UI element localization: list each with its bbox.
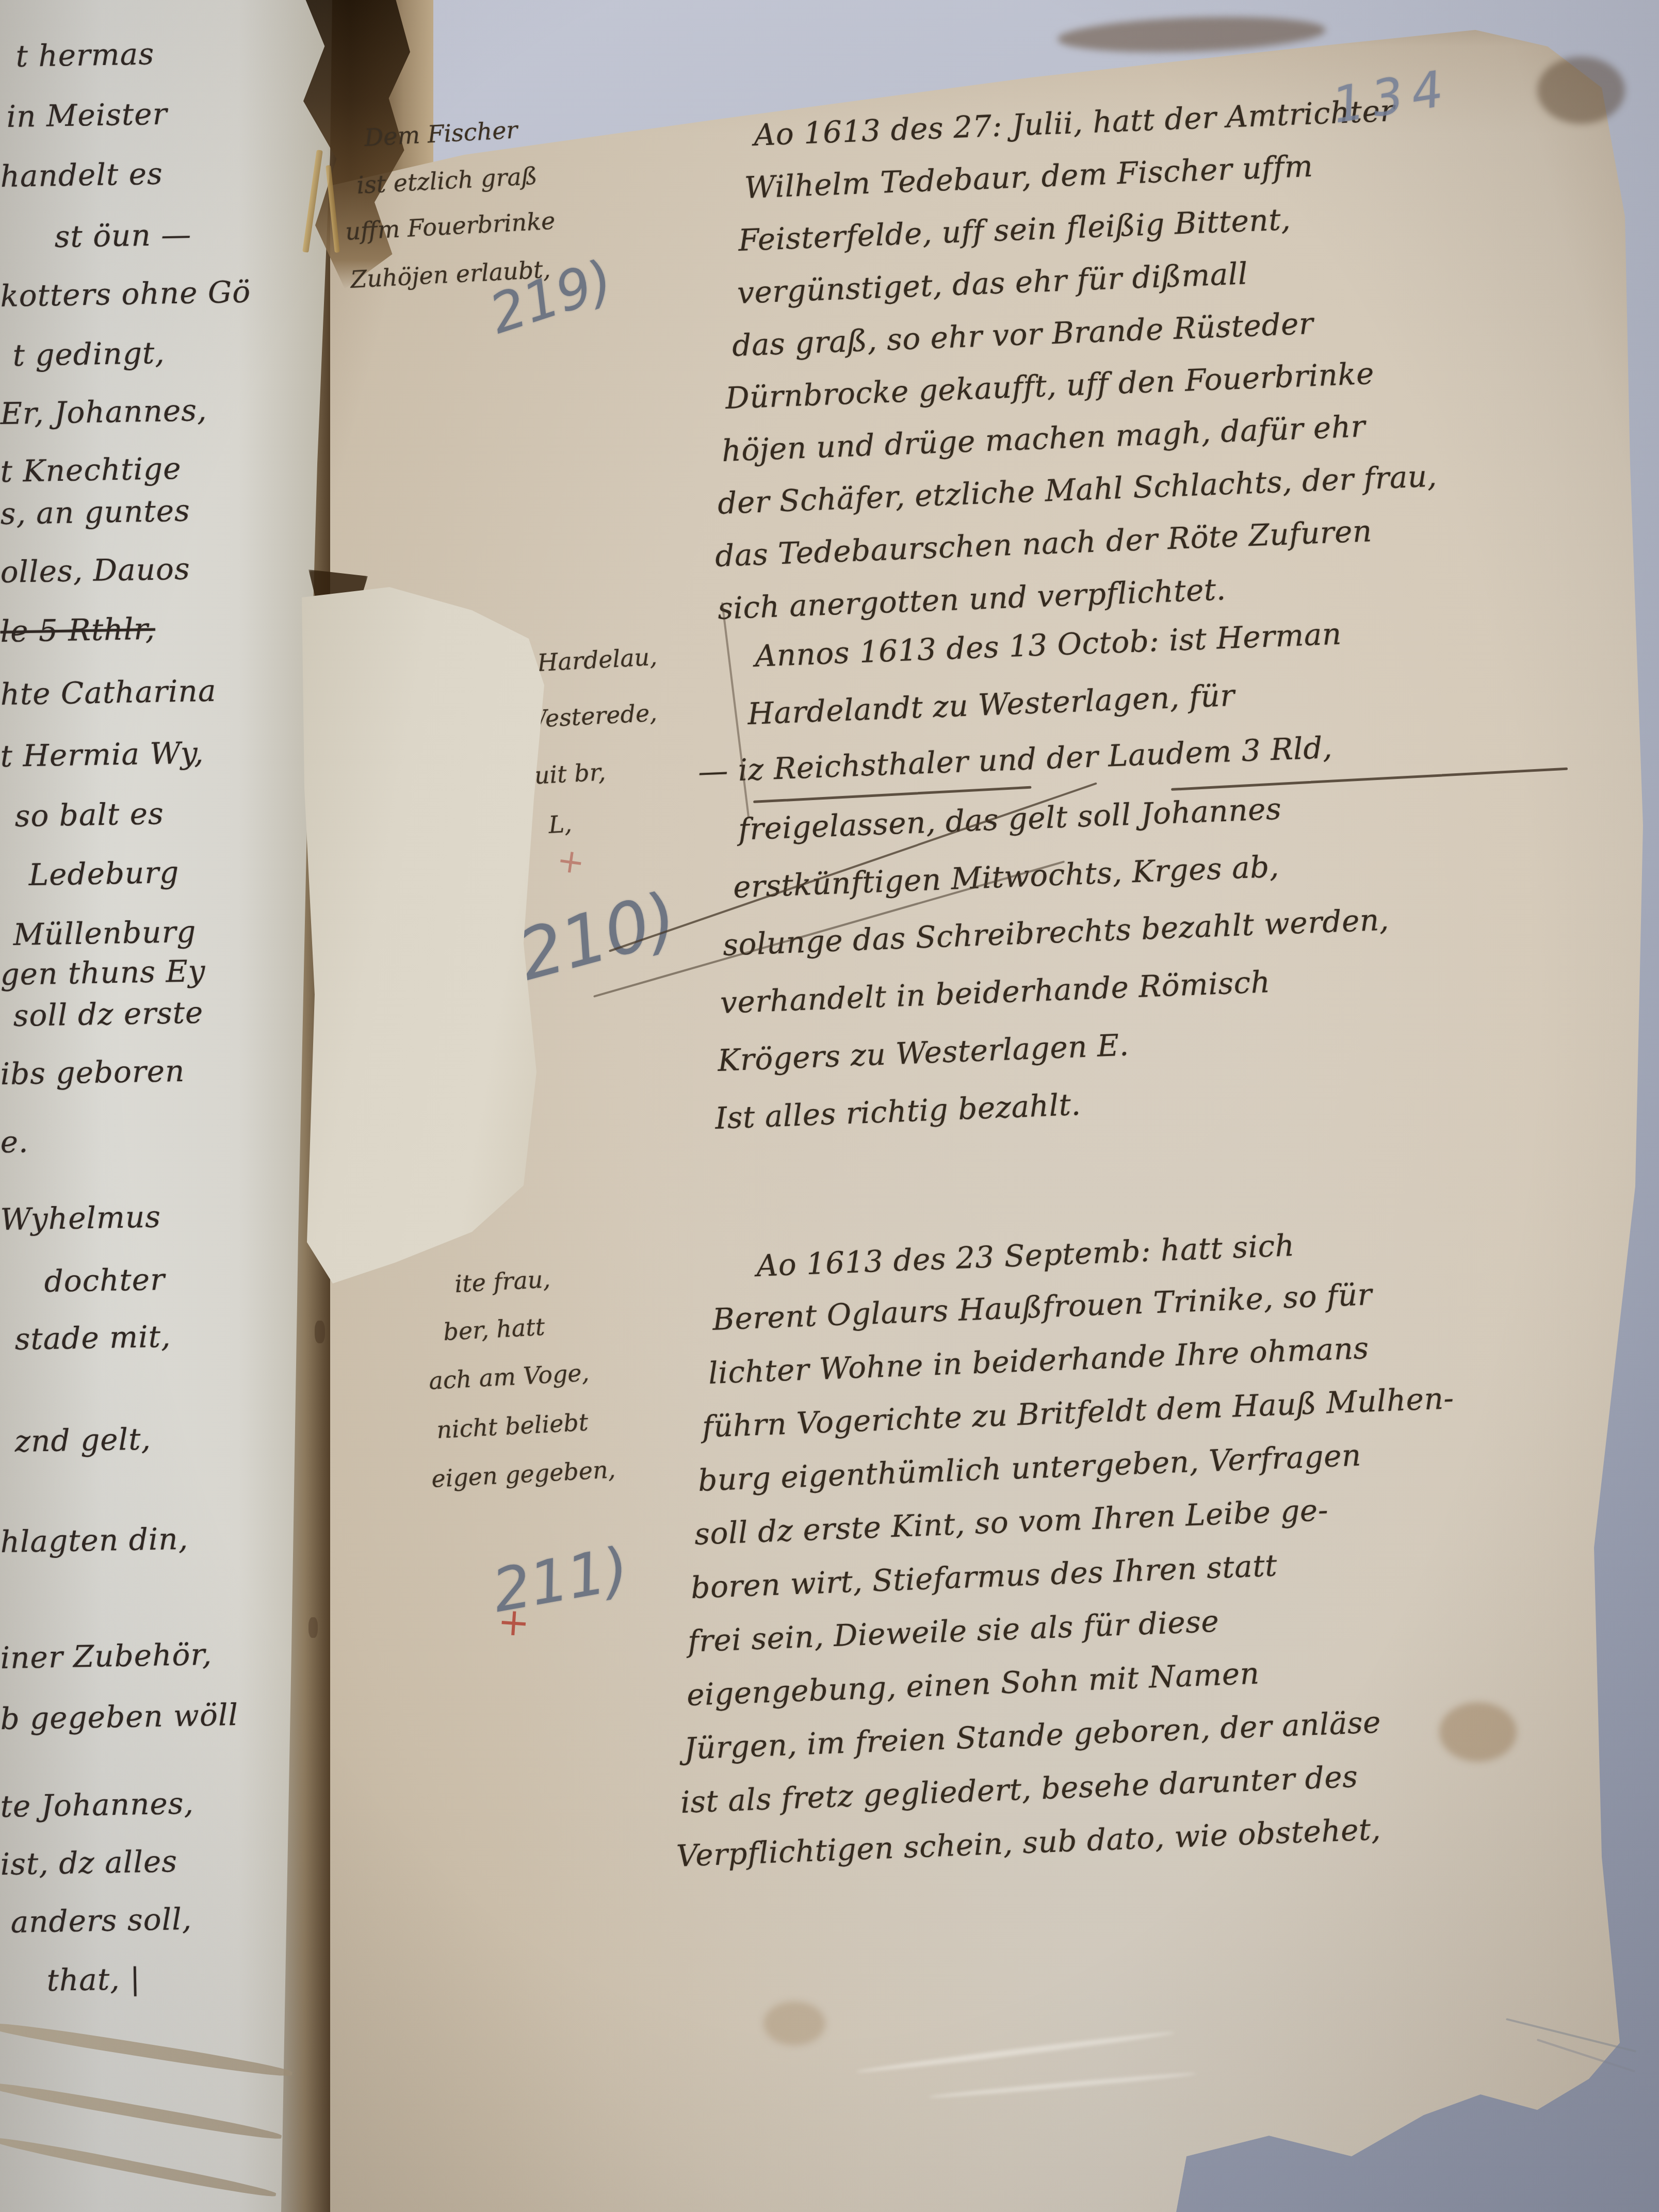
manuscript-line: that, |: [46, 1961, 141, 1998]
paper-stain: [1439, 1702, 1517, 1762]
manuscript-line: znd gelt,: [14, 1421, 151, 1459]
paper-stain: [1537, 57, 1625, 124]
margin-note-line: ite frau,: [454, 1265, 551, 1298]
manuscript-line: so balt es: [14, 796, 164, 834]
manuscript-line: stade mit,: [14, 1319, 171, 1357]
manuscript-line: s, an guntes: [0, 493, 190, 531]
manuscript-line: t Knechtige: [0, 451, 182, 489]
manuscript-line: Ledeburg: [28, 855, 180, 892]
red-cross-mark: +: [496, 1599, 531, 1646]
manuscript-line: olles, Dauos: [0, 551, 190, 590]
manuscript-line: in Meister: [6, 96, 168, 134]
manuscript-line: Wyhelmus: [0, 1199, 161, 1237]
manuscript-line: Er, Johannes,: [0, 393, 207, 431]
manuscript-line: b gegeben wöll: [0, 1697, 239, 1736]
manuscript-line: iner Zubehör,: [0, 1637, 213, 1676]
manuscript-line: Müllenburg: [13, 914, 197, 952]
manuscript-line: hte Catharina: [0, 673, 217, 712]
manuscript-line: soll dz erste: [13, 995, 204, 1033]
manuscript-line: hlagten din,: [0, 1521, 189, 1559]
manuscript-line: ist, dz alles: [0, 1844, 178, 1882]
manuscript-line: t Hermia Wy,: [0, 735, 204, 774]
red-cross-mark: +: [555, 841, 587, 883]
manuscript-line: anders soll,: [10, 1901, 192, 1940]
margin-note-line: ber, hatt: [443, 1313, 545, 1346]
stitch-hole: [308, 1617, 318, 1638]
paper-stain: [763, 2002, 825, 2045]
manuscript-line: t hermas: [15, 36, 155, 74]
manuscript-line: kotters ohne Gö: [0, 274, 251, 314]
manuscript-line: te Johannes,: [0, 1785, 194, 1824]
manuscript-line: ibs geboren: [0, 1053, 185, 1092]
manuscript-line: st öun —: [54, 217, 192, 254]
stitch-hole: [315, 1321, 325, 1343]
manuscript-line: e.: [0, 1124, 29, 1160]
manuscript-line: t gedingt,: [12, 335, 165, 373]
manuscript-line: handelt es: [0, 156, 163, 194]
margin-note-line: L,: [548, 810, 573, 839]
manuscript-line: dochter: [44, 1262, 165, 1299]
photo-of-manuscript: { "photo": { "page_number": "134", "back…: [0, 0, 1659, 2212]
manuscript-line: le 5 Rthlr,: [0, 611, 155, 649]
manuscript-line: gen thuns Ey: [0, 953, 206, 992]
